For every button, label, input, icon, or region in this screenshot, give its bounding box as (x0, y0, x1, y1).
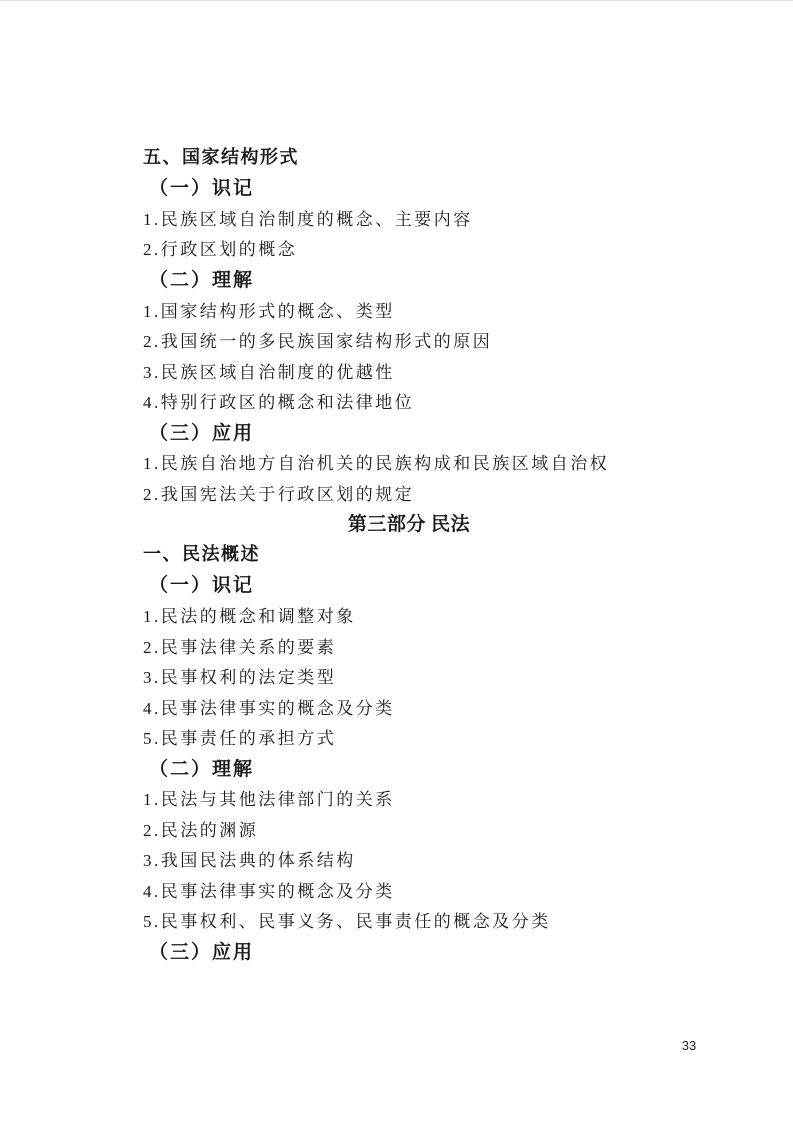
outline-item: 4.特别行政区的概念和法律地位 (143, 385, 675, 416)
outline-item: 3.民族区域自治制度的优越性 (143, 355, 675, 386)
outline-item: 5.民事责任的承担方式 (143, 721, 675, 752)
outline-item: 1.民法与其他法律部门的关系 (143, 782, 675, 813)
outline-item: 3.我国民法典的体系结构 (143, 844, 675, 875)
subsection-heading: （一）识记 (143, 569, 675, 600)
outline-item: 1.国家结构形式的概念、类型 (143, 294, 675, 325)
outline: 五、国家结构形式（一）识记1.民族区域自治制度的概念、主要内容2.行政区划的概念… (143, 141, 675, 966)
outline-item: 1.民族区域自治制度的概念、主要内容 (143, 202, 675, 233)
subsection-heading: （三）应用 (143, 935, 675, 966)
outline-item: 2.民法的渊源 (143, 813, 675, 844)
document-page: 五、国家结构形式（一）识记1.民族区域自治制度的概念、主要内容2.行政区划的概念… (0, 0, 793, 1122)
outline-item: 2.行政区划的概念 (143, 233, 675, 264)
outline-item: 2.民事法律关系的要素 (143, 630, 675, 661)
subsection-heading: （三）应用 (143, 416, 675, 447)
subsection-heading: （一）识记 (143, 172, 675, 203)
section-heading: 五、国家结构形式 (143, 141, 675, 172)
part-heading: 第三部分 民法 (143, 508, 675, 539)
outline-item: 1.民族自治地方自治机关的民族构成和民族区域自治权 (143, 446, 675, 477)
page-number: 33 (675, 1038, 703, 1053)
outline-item: 2.我国统一的多民族国家结构形式的原因 (143, 324, 675, 355)
outline-item: 5.民事权利、民事义务、民事责任的概念及分类 (143, 905, 675, 936)
outline-item: 4.民事法律事实的概念及分类 (143, 691, 675, 722)
outline-item: 4.民事法律事实的概念及分类 (143, 874, 675, 905)
subsection-heading: （二）理解 (143, 752, 675, 783)
outline-item: 1.民法的概念和调整对象 (143, 599, 675, 630)
subsection-heading: （二）理解 (143, 263, 675, 294)
outline-item: 3.民事权利的法定类型 (143, 660, 675, 691)
section-heading: 一、民法概述 (143, 538, 675, 569)
outline-item: 2.我国宪法关于行政区划的规定 (143, 477, 675, 508)
